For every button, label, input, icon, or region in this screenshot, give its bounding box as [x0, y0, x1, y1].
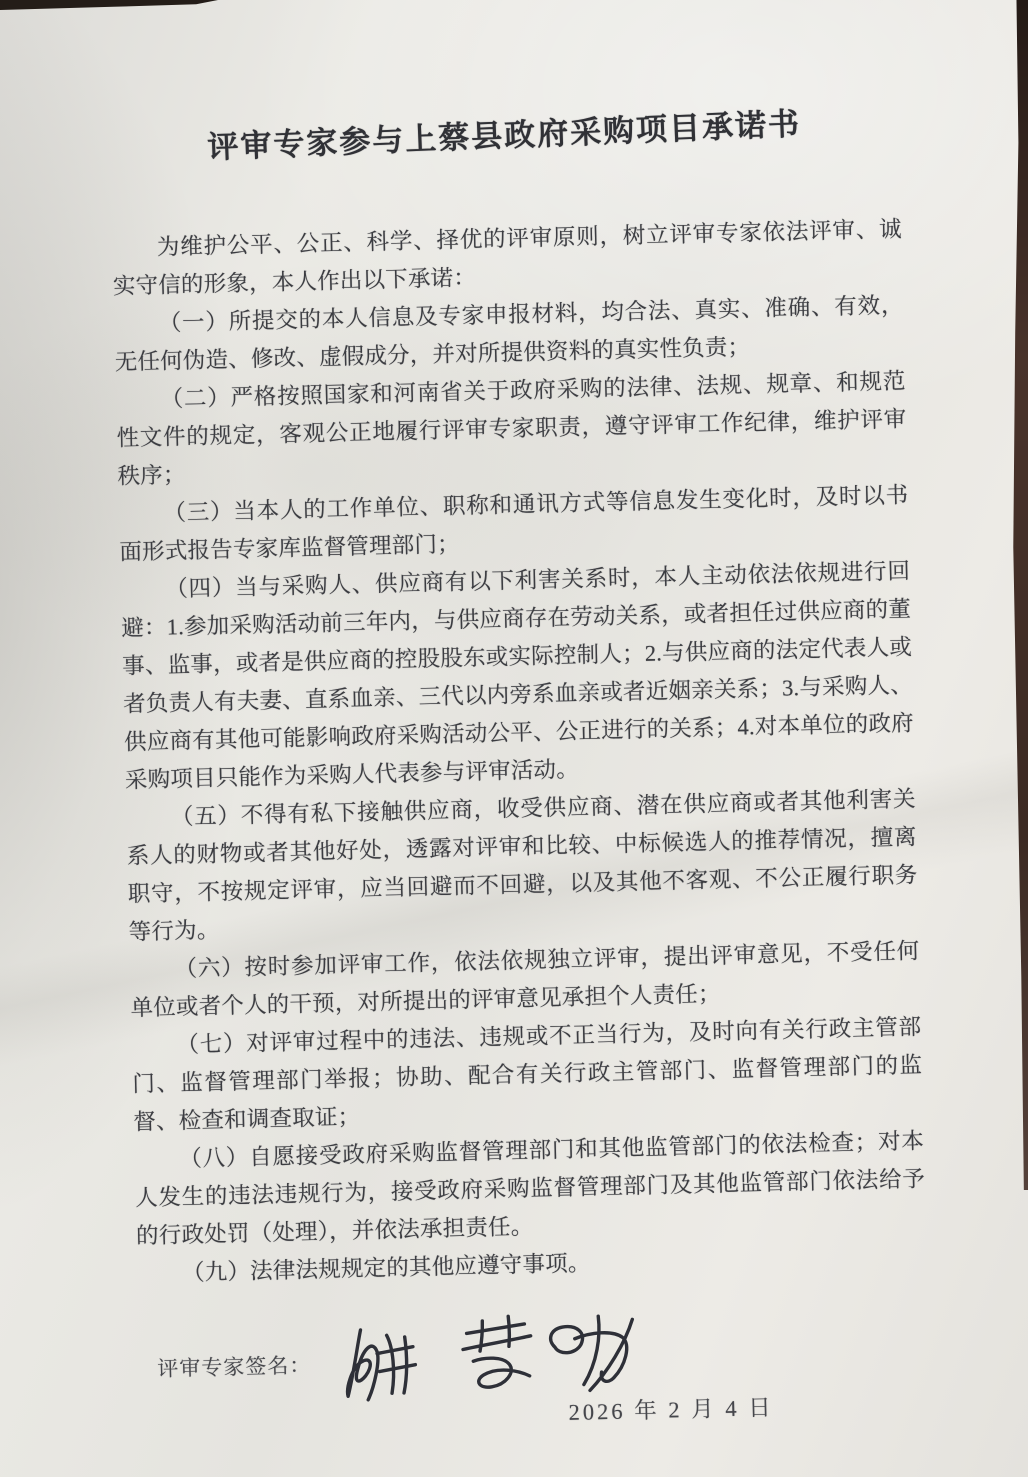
handwritten-signature [316, 1289, 659, 1415]
paragraph: （五）不得有私下接触供应商，收受供应商、潜在供应商或者其他利害关系人的财物或者其… [125, 780, 918, 951]
signature-label: 评审专家签名： [157, 1349, 312, 1383]
photo-background: 评审专家参与上蔡县政府采购项目承诺书 为维护公平、公正、科学、择优的评审原则，树… [0, 0, 1028, 1477]
paragraph: （二）严格按照国家和河南省关于政府采购的法律、法规、规章、和规范性文件的规定，客… [115, 362, 908, 495]
document-title: 评审专家参与上蔡县政府采购项目承诺书 [0, 0, 1019, 181]
signature-row: 评审专家签名： [156, 1293, 1028, 1401]
document-content: 评审专家参与上蔡县政府采购项目承诺书 为维护公平、公正、科学、择优的评审原则，树… [0, 0, 1028, 1440]
document-body: 为维护公平、公正、科学、择优的评审原则，树立评审专家依法评审、诚实守信的形象，本… [112, 210, 928, 1293]
paragraph: （八）自愿接受政府采购监督管理部门和其他监管部门的依法检查；对本人发生的违法违规… [134, 1122, 927, 1255]
paragraph: （七）对评审过程中的违法、违规或不正当行为，及时向有关行政主管部门、监督管理部门… [131, 1008, 924, 1141]
paragraph: （四）当与采购人、供应商有以下利害关系时，本人主动依法依规进行回避：1.参加采购… [120, 552, 915, 799]
document-page: 评审专家参与上蔡县政府采购项目承诺书 为维护公平、公正、科学、择优的评审原则，树… [0, 0, 1028, 1477]
